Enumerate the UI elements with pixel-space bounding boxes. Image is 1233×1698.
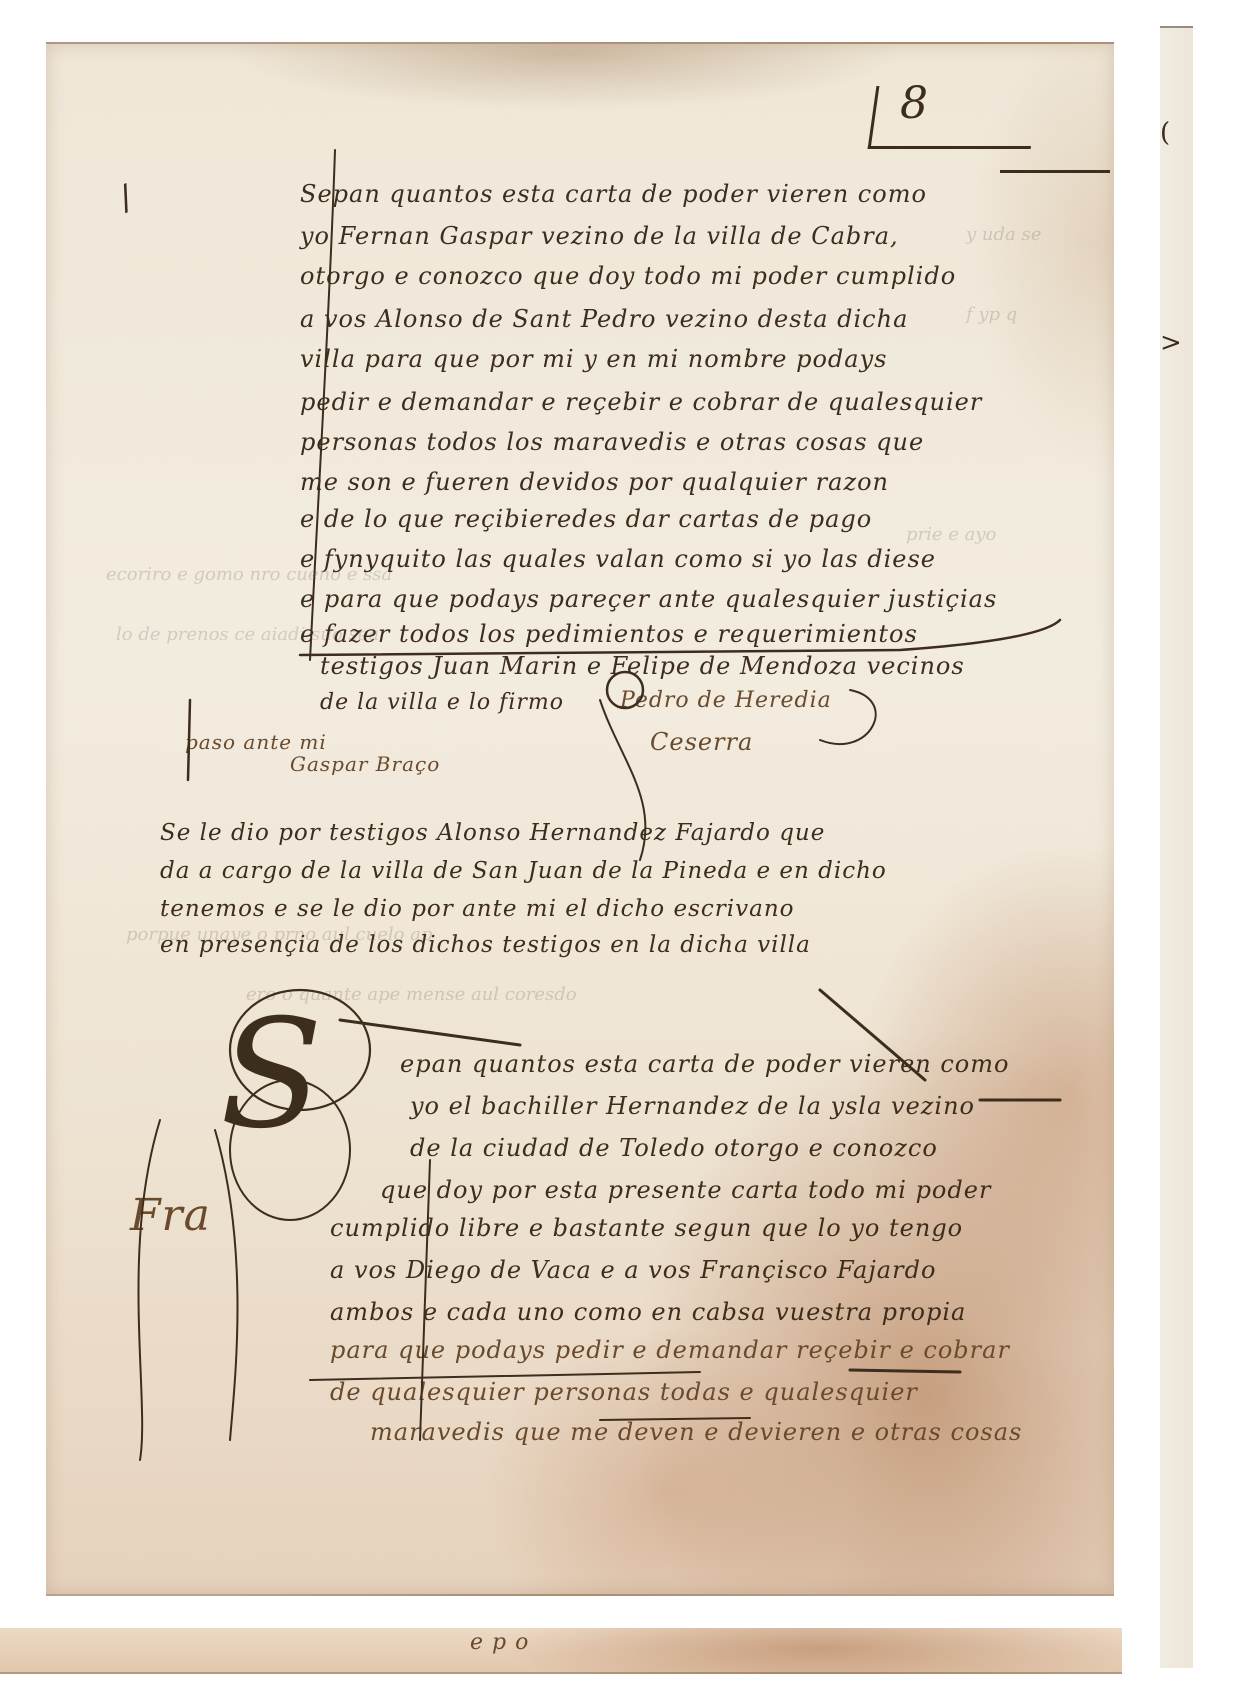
pen-flourishes xyxy=(0,0,1233,1698)
